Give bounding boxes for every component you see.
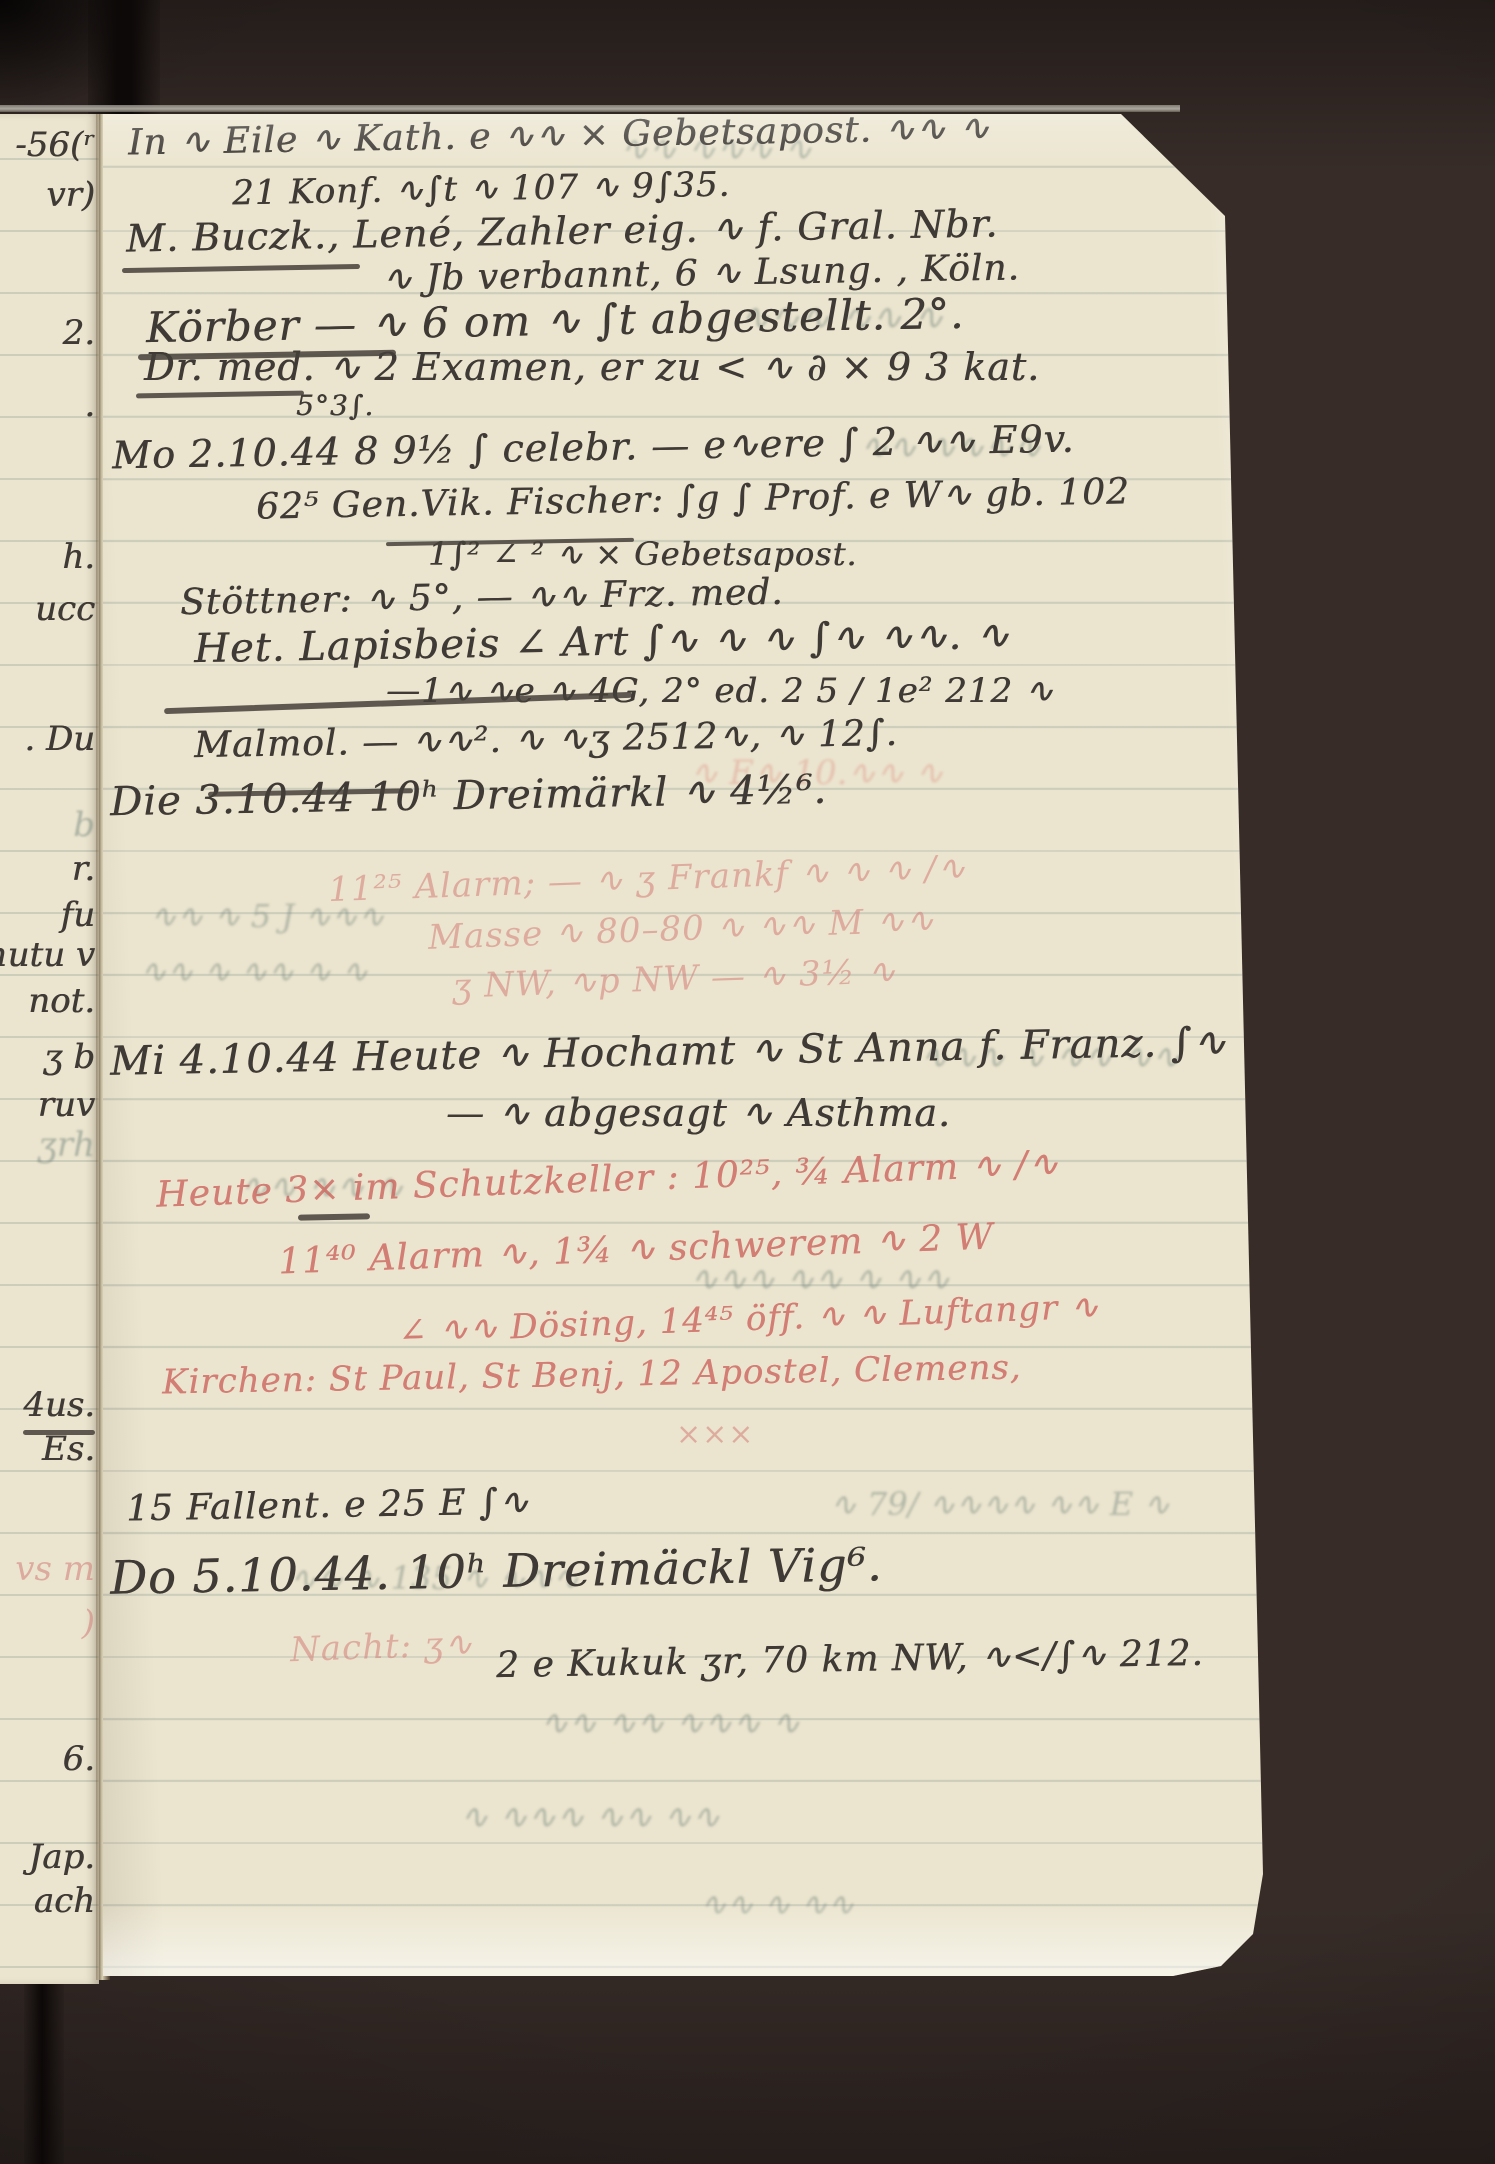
handwriting-line: ʒ NW, ∿p NW — ∿ 3½ ∿	[452, 954, 898, 1004]
bleedthrough-ghost-text: ∿∿ ∿∿ ∿∿∿ ∿	[540, 1706, 800, 1740]
bleedthrough-ghost-text: ∿∿∿ ∿∿ ∿ ∿∿	[690, 1262, 950, 1296]
left-page-text-fragment: Es.	[42, 1432, 95, 1466]
handwriting-line: 21 Konf. ∿∫t ∿ 107 ∿ 9∫35.	[232, 168, 731, 211]
left-page-text-fragment: ucc	[35, 592, 95, 626]
left-page-text-fragment: ʒrh	[38, 1128, 95, 1162]
left-page-text-fragment: b	[73, 808, 95, 842]
left-page-text-fragment: )	[82, 1606, 95, 1640]
handwriting-line: 62⁵ Gen.Vik. Fischer: ∫g ∫ Prof. e W∿ gb…	[256, 474, 1130, 525]
ink-underline	[136, 391, 304, 399]
left-page-text-fragment: r.	[72, 852, 95, 886]
left-page-text-fragment: ʒ b	[43, 1040, 95, 1074]
ink-underline	[298, 1213, 370, 1220]
handwriting-line: Stöttner: ∿ 5°, — ∿∿ Frz. med.	[180, 575, 784, 622]
left-page-text-fragment: vr)	[46, 178, 95, 212]
page-top-edge-highlight	[0, 105, 1180, 112]
binding-groove-top	[88, 0, 160, 120]
handwriting-line: 15 Fallent. e 25 E ∫∿	[126, 1484, 530, 1527]
bleedthrough-ghost-text: ∿∿ ∿ ∿∿	[700, 1888, 854, 1920]
handwriting-line: Do 5.10.44. 10ʰ Dreimäckl Vig⁶.	[110, 1541, 883, 1600]
handwriting-line: 5°3∫.	[296, 392, 374, 420]
handwriting-line: Körber — ∿ 6 om ∿ ∫t abgestellt. 2°.	[146, 293, 965, 349]
handwriting-line: Kirchen: St Paul, St Benj, 12 Apostel, C…	[162, 1351, 1022, 1400]
left-page-text-fragment: fu	[61, 898, 95, 932]
handwriting-line: ∠ ∿∿ Dösing, 14⁴⁵ öff. ∿ ∿ Luftangr ∿	[398, 1290, 1100, 1348]
left-page-text-fragment: 6.	[63, 1742, 95, 1776]
handwriting-line: 2 e Kukuk ʒr, 70 km NW, ∿</∫∿ 212.	[496, 1636, 1204, 1684]
left-page-text-fragment: Jap.	[29, 1840, 95, 1874]
handwriting-line: — ∿ abgesagt ∿ Asthma.	[446, 1094, 951, 1132]
bleedthrough-ghost-text: ∿∿ ∿ ∿∿ ∿ ∿	[140, 955, 368, 987]
bleedthrough-ghost-text: ∿ 79/ ∿∿∿∿ ∿∿ E ∿	[830, 1488, 1170, 1520]
diary-photo: { "document": { "kind": "handwritten dia…	[0, 0, 1495, 2164]
left-page-text-fragment: ruv	[38, 1088, 95, 1122]
left-page-edge: -56(ʳvr)2..h.ucc. Dubr.fuhutu vnot.ʒ bru…	[0, 114, 99, 1984]
left-page-text-fragment: 4us.	[23, 1388, 95, 1422]
handwriting-line: ×××	[676, 1420, 754, 1450]
left-page-text-fragment: .	[84, 388, 95, 422]
handwriting-line: 11²⁵ Alarm; — ∿ ʒ Frankf ∿ ∿ ∿ /∿	[328, 851, 968, 907]
handwriting-line: Het. Lapisbeis ∠ Art ∫∿ ∿ ∿ ∫∿ ∿∿. ∿	[194, 615, 1011, 669]
ink-underline	[122, 264, 360, 273]
diary-page: ∿∿ ∿∿∿ ∿∿∿∿ ∿∿ ∿∿∿ ∿∿∿∿∿ E∿ 10.∿∿ ∿∿∿ ∿ …	[103, 114, 1293, 1976]
left-page-text-fragment: vs m	[15, 1552, 95, 1586]
left-page-text-fragment: ach	[34, 1884, 95, 1918]
handwriting-line: Nacht: ʒ∿	[289, 1627, 474, 1667]
left-page-text-fragment: . Du	[24, 722, 95, 756]
left-page-text-fragment: 2.	[63, 316, 95, 350]
bleedthrough-ghost-text: ∿ ∿∿∿ ∿∿ ∿∿	[460, 1800, 720, 1834]
left-page-text-fragment: hutu v	[0, 938, 95, 972]
handwriting-line: Heute 3× im Schutzkeller : 10²⁵, ¾ Alarm…	[156, 1146, 1060, 1214]
left-page-text-fragment: -56(ʳ	[15, 128, 95, 162]
handwriting-line: Masse ∿ 80–80 ∿ ∿∿ M ∿∿	[428, 903, 936, 955]
handwriting-line: In ∿ Eile ∿ Kath. e ∿∿ × Gebetsapost. ∿∿…	[128, 114, 991, 162]
binding-groove-bottom	[24, 1966, 64, 2164]
left-page-text-fragment: not.	[28, 984, 95, 1018]
left-page-text-fragment: h.	[62, 540, 95, 574]
